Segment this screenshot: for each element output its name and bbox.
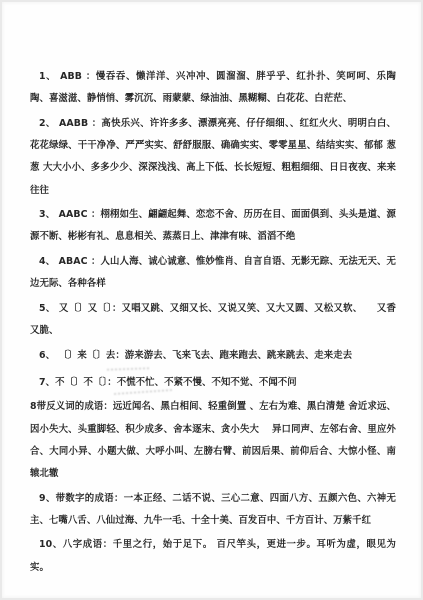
idiom-item-3: 3、 AABC ：栩栩如生、翩翩起舞、恋恋不舍、历历在目、面面俱到、头头是道、源… (30, 204, 396, 249)
idiom-item-9: 9、带数字的成语：一本正经、二话不说、三心二意、四面八方、五颜六色、六神无主、七… (30, 488, 396, 533)
idiom-item-5: 5、 又〔〕又〔〕：又唱又跳、又细又长、又说又笑、又大又圆、又松又软、 又香又脆… (30, 298, 396, 343)
document-page: 1、 ABB ：慢吞吞、懒洋洋、兴冲冲、圆溜溜、胖乎乎、红扑扑、笑呵呵、乐陶陶、… (2, 2, 421, 598)
idiom-item-10: 10、八字成语：千里之行，始于足下。 百尺竿头，更进一步。耳听为虚，眼见为实。 (30, 534, 396, 579)
idiom-item-2: 2、 AABB ：高快乐兴、许许多多、漂漂亮亮、仔仔细细、、红红火火、明明白白、… (30, 113, 396, 202)
idiom-item-7: 7、不〔〕不〔〕：不慌不忙、不紧不慢、不知不觉、不闻不问 (30, 372, 396, 394)
idiom-item-8: 8带反义词的成语：远近闻名、黑白相间、轻重倒置 、左右为难、黑白清楚 舍近求远、… (30, 396, 396, 485)
idiom-list: 1、 ABB ：慢吞吞、懒洋洋、兴冲冲、圆溜溜、胖乎乎、红扑扑、笑呵呵、乐陶陶、… (30, 66, 396, 581)
idiom-item-1: 1、 ABB ：慢吞吞、懒洋洋、兴冲冲、圆溜溜、胖乎乎、红扑扑、笑呵呵、乐陶陶、… (30, 66, 396, 111)
idiom-item-6: 6、 〔〕来〔〕去：游来游去、飞来飞去、跑来跑去、跳来跳去、走来走去 (30, 345, 396, 367)
idiom-item-4: 4、 ABAC ：人山人海、诚心诚意、惟妙惟肖、自言自语、无影无踪、无法无天、无… (30, 251, 396, 296)
